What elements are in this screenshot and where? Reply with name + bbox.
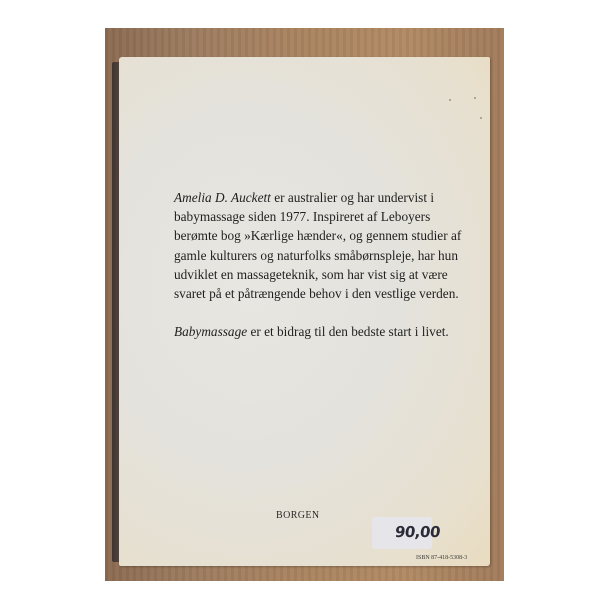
blurb-text: Amelia D. Auckett er australier og har u… [174,188,474,341]
publisher-name: BORGEN [276,510,320,521]
blurb-paragraph-summary: Babymassage er et bidrag til den bedste … [174,322,474,341]
price-label: 90,00 [394,523,441,541]
isbn-number: ISBN 87-418-5308-3 [416,555,467,561]
book-title: Babymassage [174,324,247,339]
blurb-paragraph-author: Amelia D. Auckett er australier og har u… [174,188,474,303]
author-name: Amelia D. Auckett [174,190,271,205]
